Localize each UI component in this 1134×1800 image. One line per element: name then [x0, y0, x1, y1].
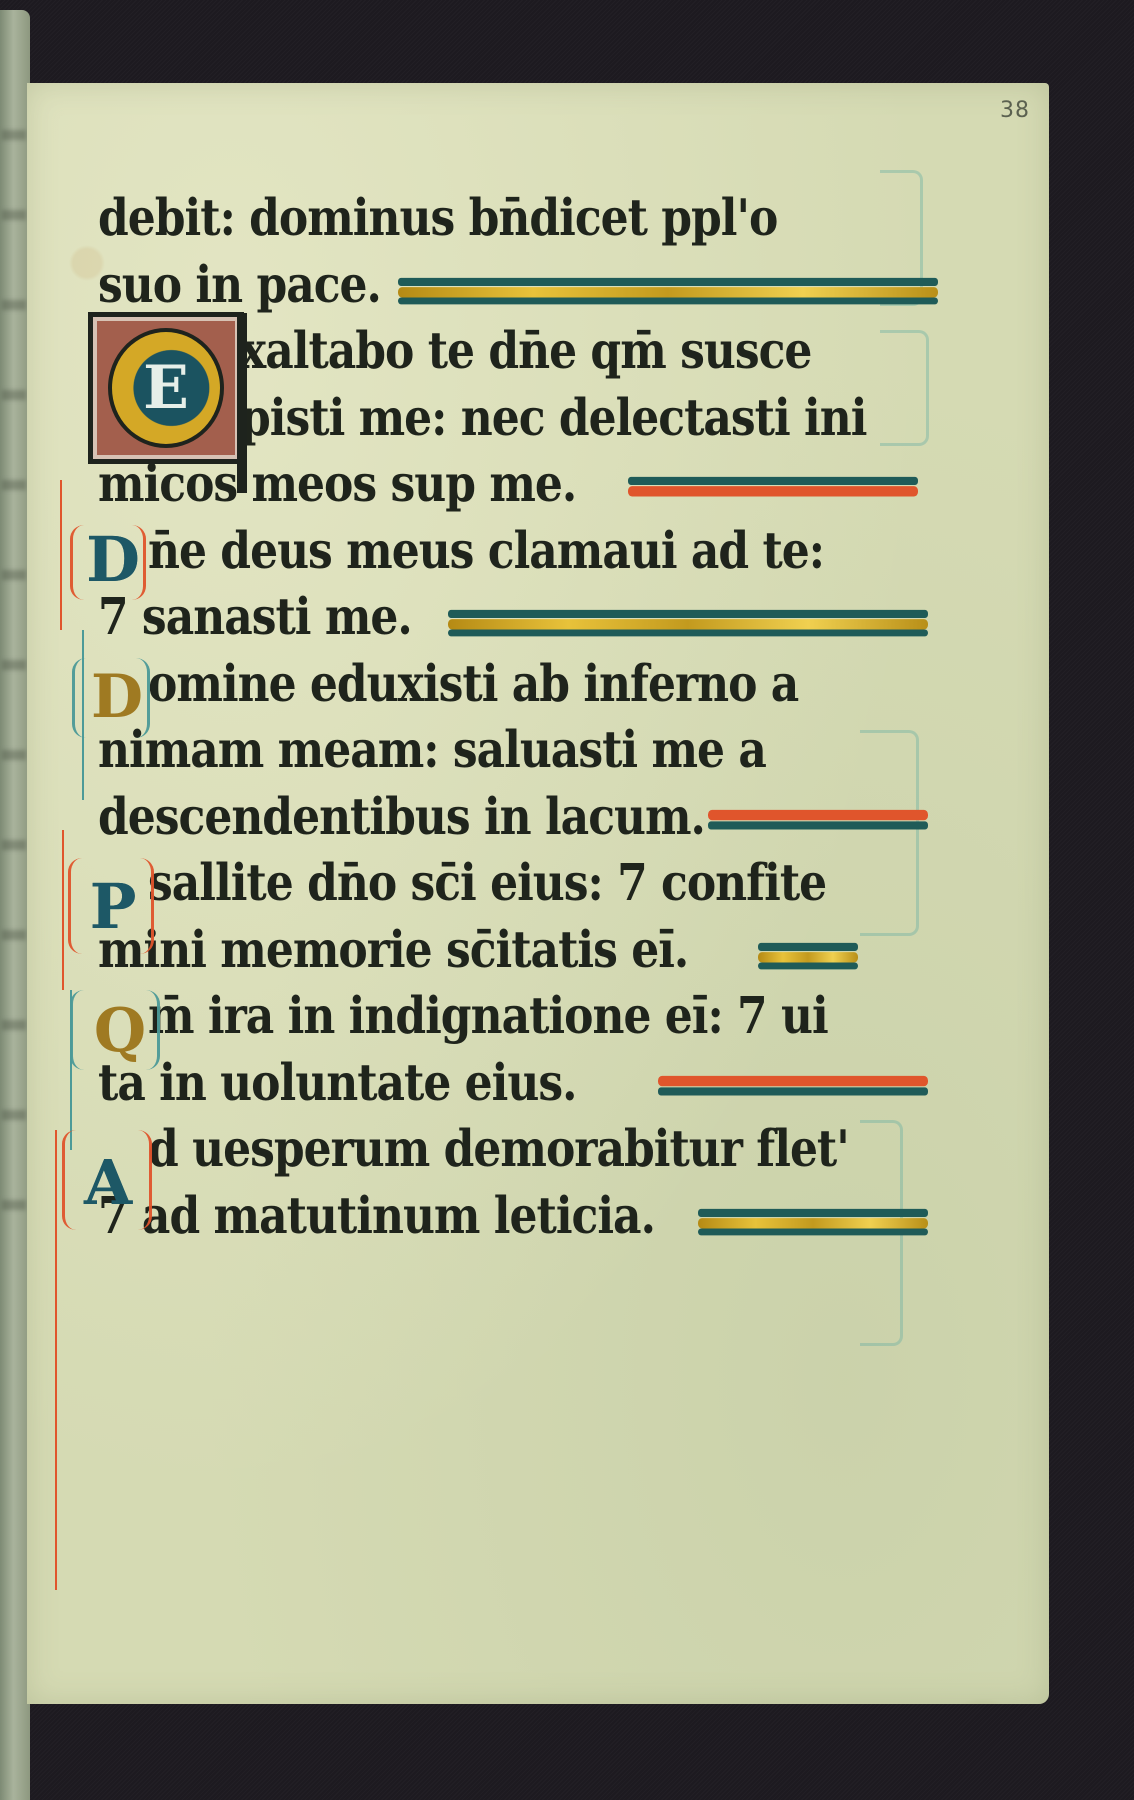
- text-line: 7 sanasti me.: [98, 580, 878, 656]
- facing-page-edge: [0, 10, 30, 1800]
- penwork-initial-P: P: [78, 860, 148, 952]
- line-filler-gold-teal: [398, 277, 938, 302]
- penwork-flourish-stem: [62, 830, 64, 990]
- gold-initial-D: D: [86, 658, 148, 736]
- text-line: m̄ ira in indignatione eı̄: 7 ui: [98, 979, 878, 1055]
- line-filler-gold-teal: [448, 610, 928, 635]
- line-filler-red-teal: [708, 809, 928, 834]
- penwork-initial-A: A: [72, 1140, 144, 1224]
- text-line: omine eduxisti ab inferno a: [98, 647, 878, 723]
- text-line: d uesperum demorabitur flet': [98, 1112, 878, 1188]
- line-filler-red-teal: [658, 1075, 928, 1100]
- text-line: ta in uoluntate eius.: [98, 1046, 878, 1122]
- line-filler-gold-teal: [758, 942, 858, 967]
- text-line: debit: dominus bn̄dicet ppl'o: [98, 181, 878, 257]
- folio-number: 38: [1000, 98, 1030, 123]
- text-line: n̄e deus meus clamaui ad te:: [98, 514, 878, 590]
- text-line: mini memorie sc̄itatis eı̄.: [98, 913, 878, 989]
- show-through-decoration: [880, 330, 929, 446]
- text-line: 7 ad matutinum leticia.: [98, 1179, 878, 1255]
- penwork-flourish-stem: [55, 1130, 57, 1590]
- penwork-flourish-stem: [60, 480, 62, 630]
- illuminated-initial-E: E: [88, 312, 244, 464]
- text-line: nimam meam: saluasti me a: [98, 713, 878, 789]
- gold-initial-Q: Q: [84, 992, 156, 1070]
- line-filler-gold-teal: [698, 1208, 928, 1233]
- line-filler-red-teal: [628, 477, 918, 502]
- text-line: descendentibus in lacum.: [98, 780, 878, 856]
- text-line: sallite dn̄o sc̄i eius: 7 confite: [98, 846, 878, 922]
- penwork-initial-D: D: [78, 520, 148, 598]
